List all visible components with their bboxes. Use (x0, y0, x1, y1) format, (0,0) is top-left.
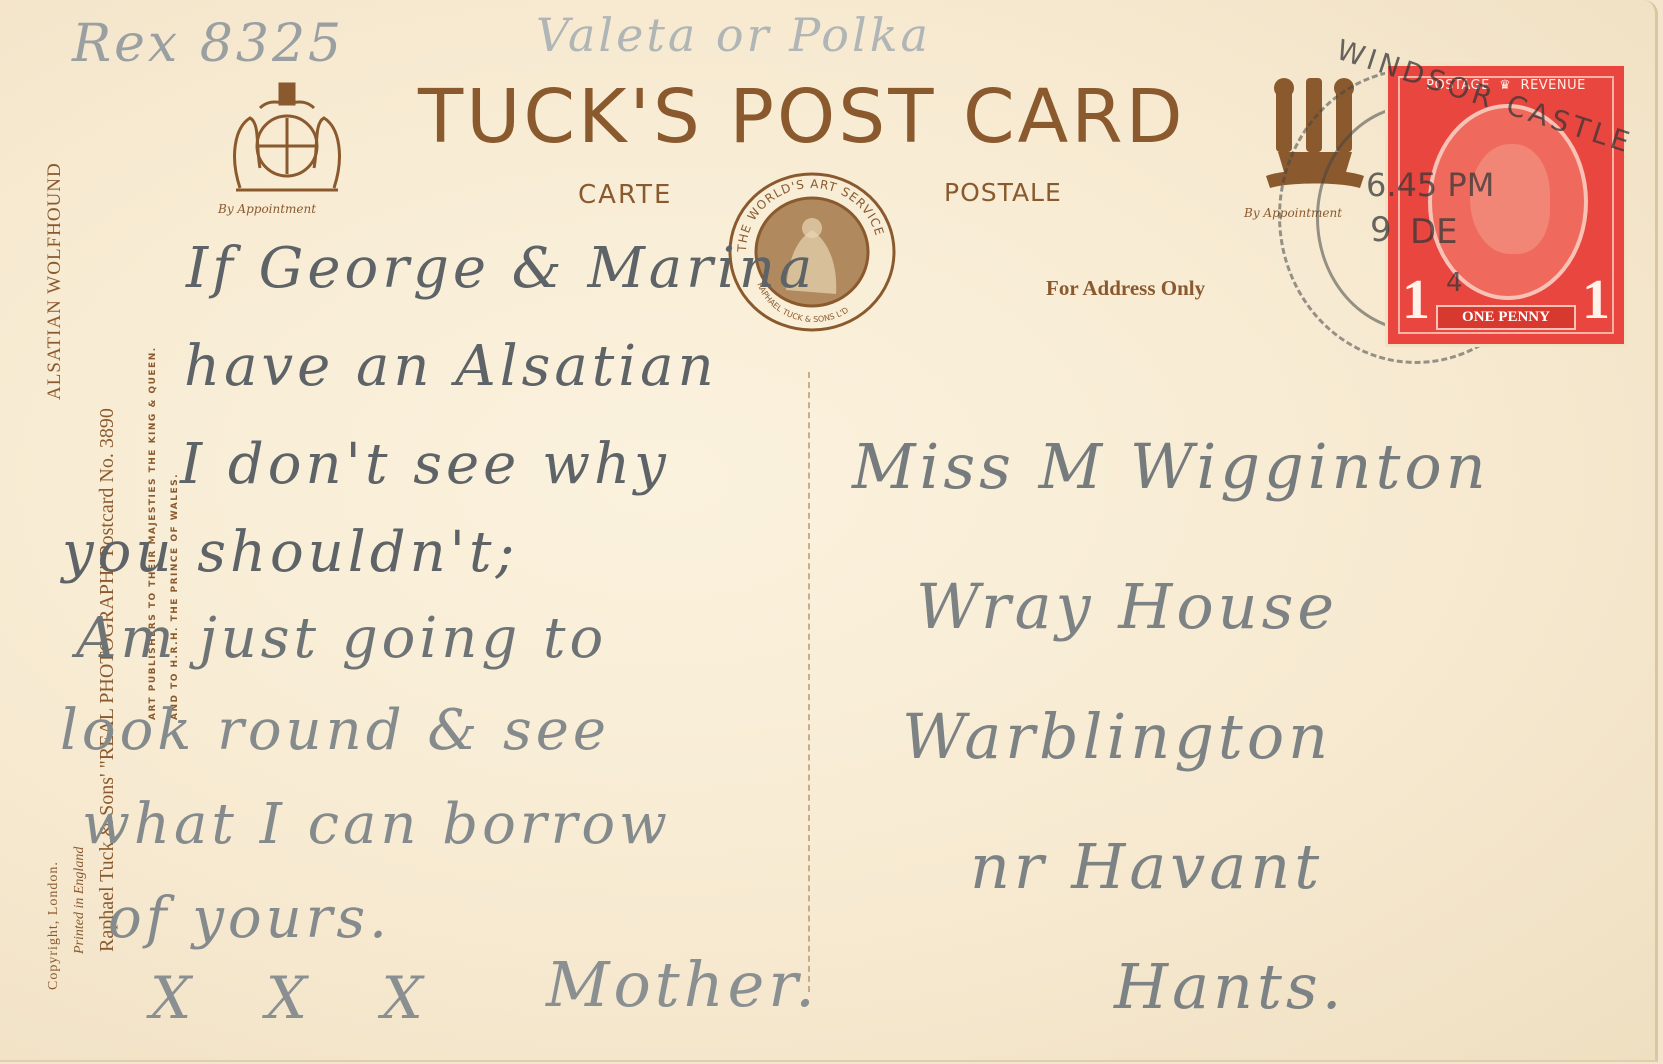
address-line: Miss M Wigginton (852, 430, 1490, 503)
message-line: of yours. (108, 886, 391, 951)
address-line: nr Havant (970, 830, 1323, 903)
message-line: I don't see why (180, 432, 670, 497)
stamp-value-left: 1 (1402, 268, 1430, 332)
pencil-reference-note: Rex 8325 (72, 14, 344, 74)
message-line: have an Alsatian (184, 334, 718, 399)
pencil-dance-note: Valeta or Polka (536, 8, 931, 62)
publishers-line-2: AND TO H.R.H. THE PRINCE OF WALES. (170, 473, 180, 720)
royal-coat-of-arms-icon (220, 78, 354, 200)
message-kisses: X X X (150, 964, 451, 1032)
series-postcard-number: Raphael Tuck & Sons' "REAL PHOTOGRAPH" P… (96, 408, 119, 952)
postmark-year: 4 (1446, 268, 1463, 298)
stamp-value-right: 1 (1582, 268, 1610, 332)
address-line: Warblington (902, 700, 1332, 773)
printed-in-england: Printed in England (72, 847, 88, 954)
message-address-divider (808, 372, 810, 992)
message-line: Am just going to (76, 606, 607, 671)
for-address-only-label: For Address Only (1046, 276, 1205, 301)
by-appointment-left: By Appointment (218, 202, 316, 216)
stamp-value-label: ONE PENNY (1436, 305, 1576, 330)
postcard-back: Rex 8325 Valeta or Polka By Appointment … (0, 0, 1658, 1062)
address-line: Wray House (916, 570, 1338, 643)
postmark-day: 9 (1370, 210, 1392, 250)
postmark-month: DE (1410, 212, 1458, 252)
message-line: look round & see (60, 698, 610, 763)
postmark-time: 6.45 PM (1366, 166, 1494, 204)
message-line: If George & Marina (186, 236, 816, 301)
message-signature: Mother. (546, 948, 819, 1021)
message-line: you shouldn't; (62, 520, 518, 585)
caption-alsatian-wolfhound: ALSATIAN WOLFHOUND (44, 162, 66, 400)
postcard-title: TUCK'S POST CARD (418, 74, 1186, 160)
carte-label: CARTE (578, 180, 672, 210)
message-line: what I can borrow (82, 792, 671, 857)
copyright-london: Copyright, London. (46, 861, 62, 990)
postale-label: POSTALE (944, 178, 1062, 207)
address-line: Hants. (1114, 950, 1345, 1023)
